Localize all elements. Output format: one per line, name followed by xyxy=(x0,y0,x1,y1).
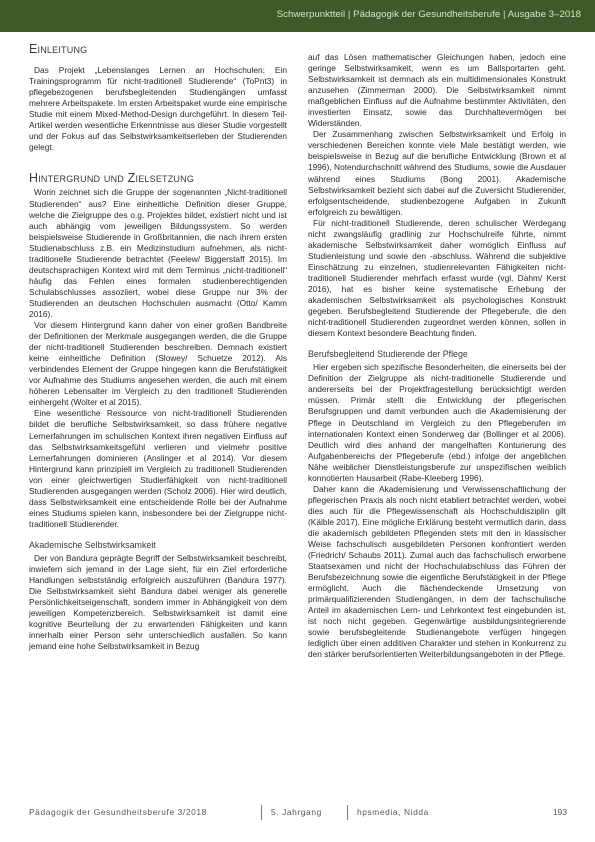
footer-publisher: hpsmedia, Nidda xyxy=(357,807,429,817)
left-column: Einleitung Das Projekt „Lebenslanges Ler… xyxy=(29,44,287,652)
paragraph-continued: auf das Lösen mathematischer Gleichungen… xyxy=(308,52,566,129)
footer-divider xyxy=(347,805,348,820)
subsection-heading-berufsbegleitend: Berufsbegleitend Studierende der Pflege xyxy=(308,349,566,360)
page-number: 193 xyxy=(553,807,567,817)
paragraph: Eine wesentliche Ressource von nicht-tra… xyxy=(29,408,287,530)
paragraph: Der Zusammenhang zwischen Selbstwirksamk… xyxy=(308,129,566,217)
footer-divider xyxy=(261,805,262,820)
paragraph: Hier ergeben sich spezifische Besonderhe… xyxy=(308,362,566,484)
running-header-title: Schwerpunktteil | Pädagogik der Gesundhe… xyxy=(277,9,581,20)
paragraph: Worin zeichnet sich die Gruppe der sogen… xyxy=(29,187,287,320)
paragraph: Das Projekt „Lebenslanges Lernen an Hoch… xyxy=(29,65,287,153)
right-column: auf das Lösen mathematischer Gleichungen… xyxy=(308,52,566,661)
footer-journal: Pädagogik der Gesundheitsberufe 3/2018 xyxy=(29,807,207,817)
subsection-heading-akademische-selbstwirksamkeit: Akademische Selbstwirksamkeit xyxy=(29,540,287,551)
section-heading-einleitung: Einleitung xyxy=(29,44,287,55)
section-heading-hintergrund: Hintergrund und Zielsetzung xyxy=(29,173,287,184)
page-footer: Pädagogik der Gesundheitsberufe 3/2018 5… xyxy=(29,807,567,821)
paragraph: Vor diesem Hintergrund kann daher von ei… xyxy=(29,320,287,408)
running-header-bar: Schwerpunktteil | Pädagogik der Gesundhe… xyxy=(0,0,595,32)
footer-volume: 5. Jahrgang xyxy=(271,807,322,817)
paragraph: Daher kann die Akademisierung und Verwis… xyxy=(308,484,566,661)
paragraph: Der von Bandura geprägte Begriff der Sel… xyxy=(29,553,287,652)
paragraph: Für nicht-traditionell Studierende, dere… xyxy=(308,218,566,340)
